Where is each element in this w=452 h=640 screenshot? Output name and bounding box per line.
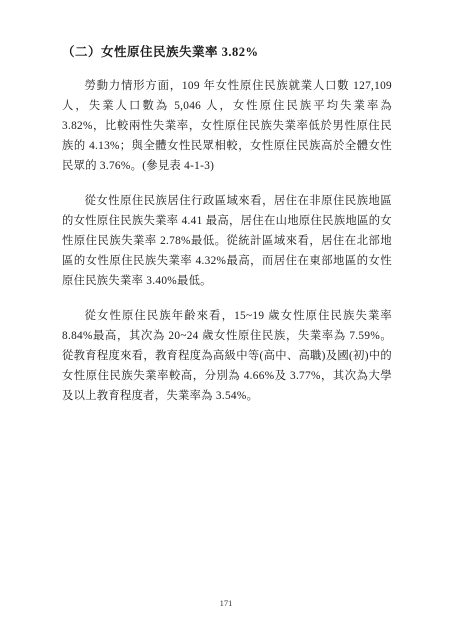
- paragraph-labor-force: 勞動力情形方面，109 年女性原住民族就業人口數 127,109 人，失業人口數…: [62, 76, 392, 176]
- paragraph-region: 從女性原住民族居住行政區域來看，居住在非原住民族地區的女性原住民族失業率 4.4…: [62, 191, 392, 291]
- page-number: 171: [0, 598, 452, 608]
- section-heading: （二）女性原住民族失業率 3.82%: [62, 42, 392, 60]
- document-content: （二）女性原住民族失業率 3.82% 勞動力情形方面，109 年女性原住民族就業…: [62, 42, 392, 421]
- paragraph-age-education: 從女性原住民族年齡來看，15~19 歲女性原住民族失業率 8.84%最高，其次為…: [62, 306, 392, 406]
- document-page: （二）女性原住民族失業率 3.82% 勞動力情形方面，109 年女性原住民族就業…: [0, 0, 452, 640]
